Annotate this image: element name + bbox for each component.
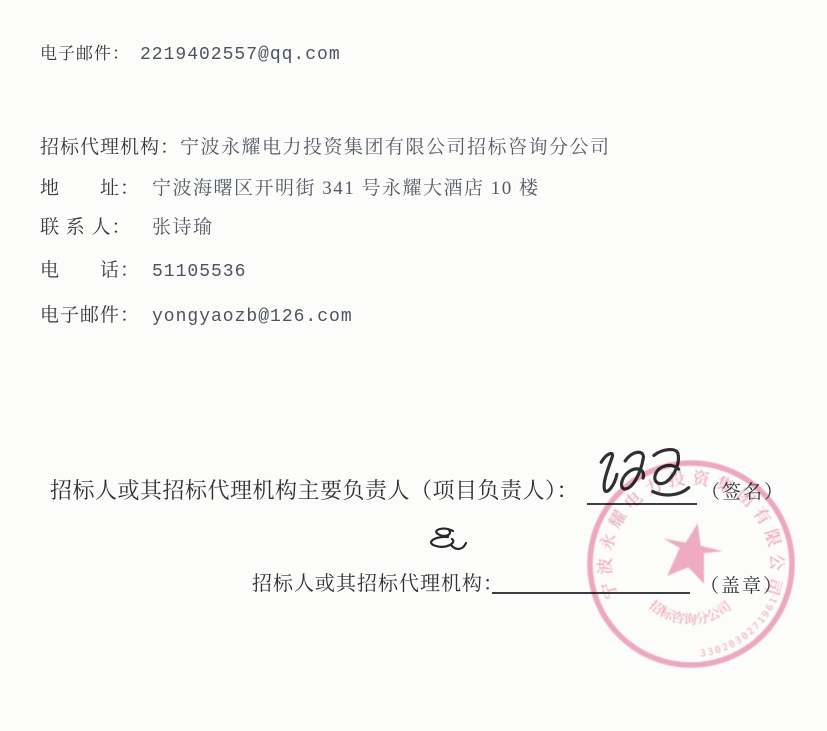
org-signature-line: 招标人或其招标代理机构： — [252, 567, 504, 596]
phone-row: 电 话：51105536 — [40, 259, 246, 284]
contact-person-value: 张诗瑜 — [152, 217, 214, 238]
top-email-line: 电子邮件：2219402557@qq.com — [40, 43, 341, 67]
address-label: 地 址： — [40, 177, 152, 201]
contact-person-row: 联 系 人：张诗瑜 — [40, 216, 214, 240]
seal-inner-text: 招标咨询分公司 — [646, 596, 735, 628]
agency-email-label: 电子邮件： — [40, 304, 152, 328]
ink-mark — [418, 524, 468, 566]
agency-email-value: yongyaozb@126.com — [152, 307, 353, 327]
org-label: 招标人或其招标代理机构： — [252, 573, 504, 595]
address-value: 宁波海曙区开明街 341 号永耀大酒店 10 楼 — [152, 178, 540, 199]
email-label: 电子邮件： — [40, 43, 140, 64]
seal-star-icon — [656, 517, 728, 586]
agency-email-row: 电子邮件：yongyaozb@126.com — [40, 304, 353, 329]
agency-value: 宁波永耀电力投资集团有限公司招标咨询分公司 — [180, 137, 611, 158]
agency-row: 招标代理机构：宁波永耀电力投资集团有限公司招标咨询分公司 — [40, 136, 611, 160]
phone-label: 电 话： — [40, 259, 152, 283]
company-seal-stamp: 宁波永耀电力投资集团有限公司 招标咨询分公司 3302030271961 — [585, 458, 797, 670]
address-row: 地 址：宁波海曙区开明街 341 号永耀大酒店 10 楼 — [40, 177, 540, 201]
principal-label: 招标人或其招标代理机构主要负责人（项目负责人）： — [50, 478, 579, 503]
email-value: 2219402557@qq.com — [140, 45, 341, 65]
principal-signature-line: 招标人或其招标代理机构主要负责人（项目负责人）： — [50, 474, 579, 505]
document-page: 电子邮件：2219402557@qq.com 招标代理机构：宁波永耀电力投资集团… — [0, 0, 827, 731]
contact-person-label: 联 系 人： — [40, 216, 152, 240]
agency-label: 招标代理机构： — [40, 136, 180, 160]
phone-value: 51105536 — [152, 262, 246, 282]
